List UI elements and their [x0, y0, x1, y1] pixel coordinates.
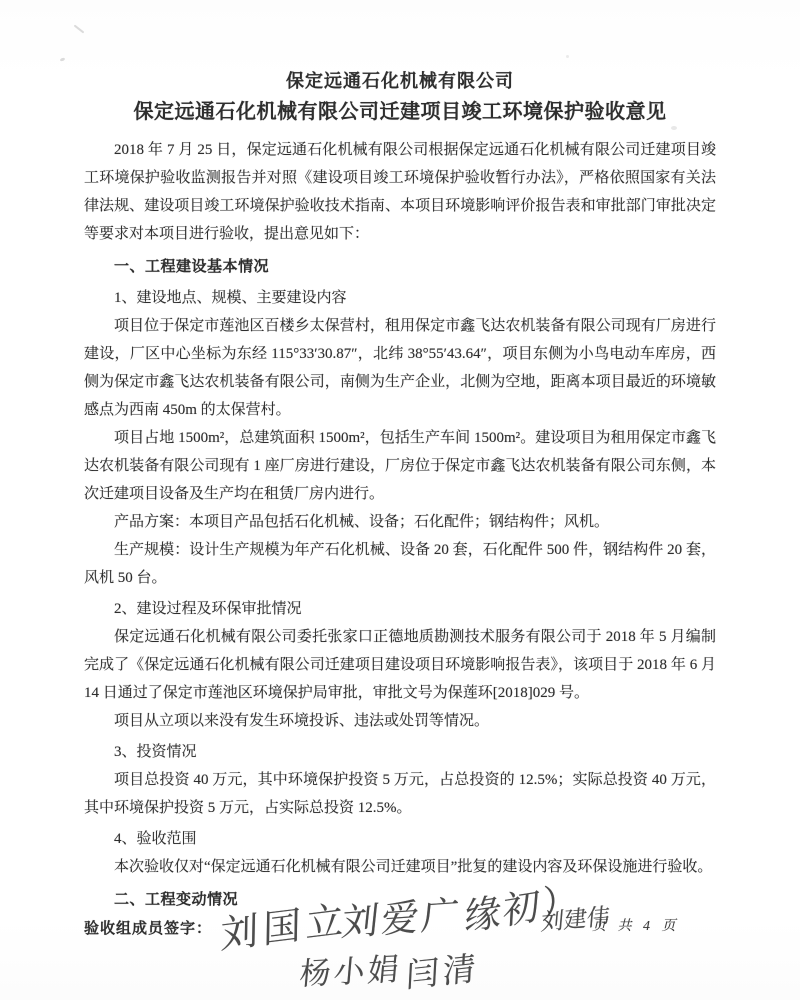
document-title: 保定远通石化机械有限公司 — [84, 68, 716, 94]
doc-paragraph-scope: 本次验收仅对“保定远通石化机械有限公司迁建项目”批复的建设内容及环保设施进行验收… — [84, 853, 716, 881]
document-subtitle: 保定远通石化机械有限公司迁建项目竣工环境保护验收意见 — [84, 98, 716, 126]
section-heading-1: 一、工程建设基本情况 — [84, 253, 716, 281]
doc-paragraph-approval: 保定远通石化机械有限公司委托张家口正德地质勘测技术服务有限公司于 2018 年 … — [84, 623, 716, 707]
sub-heading-1-3: 3、投资情况 — [84, 738, 716, 766]
doc-paragraph-intro: 2018 年 7 月 25 日，保定远通石化机械有限公司根据保定远通石化机械有限… — [84, 136, 716, 248]
doc-paragraph-products: 产品方案：本项目产品包括石化机械、设备；石化配件；钢结构件；风机。 — [84, 508, 716, 536]
sub-heading-1-2: 2、建设过程及环保审批情况 — [84, 595, 716, 623]
scan-artifact — [671, 126, 677, 130]
signature-handwritten: 杨小娟 — [298, 943, 404, 994]
signature-handwritten: 闫清 — [405, 942, 481, 997]
doc-paragraph-location: 项目位于保定市莲池区百楼乡太保营村，租用保定市鑫飞达农机装备有限公司现有厂房进行… — [84, 312, 716, 424]
doc-paragraph-complaints: 项目从立项以来没有发生环境投诉、违法或处罚等情况。 — [84, 707, 716, 735]
scan-artifact — [566, 55, 569, 58]
document-body: 保定远通石化机械有限公司 保定远通石化机械有限公司迁建项目竣工环境保护验收意见 … — [84, 68, 716, 914]
scan-artifact — [60, 57, 66, 62]
page-number-footer: 页 共 4 页 — [592, 915, 680, 935]
signature-handwritten: 刘爱广 — [339, 884, 464, 947]
sub-heading-1-4: 4、验收范围 — [84, 825, 716, 853]
doc-paragraph-area: 项目占地 1500m²，总建筑面积 1500m²，包括生产车间 1500m²。建… — [84, 424, 716, 508]
scanned-page: 保定远通石化机械有限公司 保定远通石化机械有限公司迁建项目竣工环境保护验收意见 … — [0, 0, 800, 1000]
doc-paragraph-investment: 项目总投资 40 万元，其中环境保护投资 5 万元，占总投资的 12.5%；实际… — [84, 766, 716, 822]
sign-label: 验收组成员签字： — [84, 917, 212, 938]
sub-heading-1-1: 1、建设地点、规模、主要建设内容 — [84, 284, 716, 312]
scan-artifact — [74, 25, 85, 34]
doc-paragraph-scale: 生产规模：设计生产规模为年产石化机械、设备 20 套，石化配件 500 件，钢结… — [84, 536, 716, 592]
